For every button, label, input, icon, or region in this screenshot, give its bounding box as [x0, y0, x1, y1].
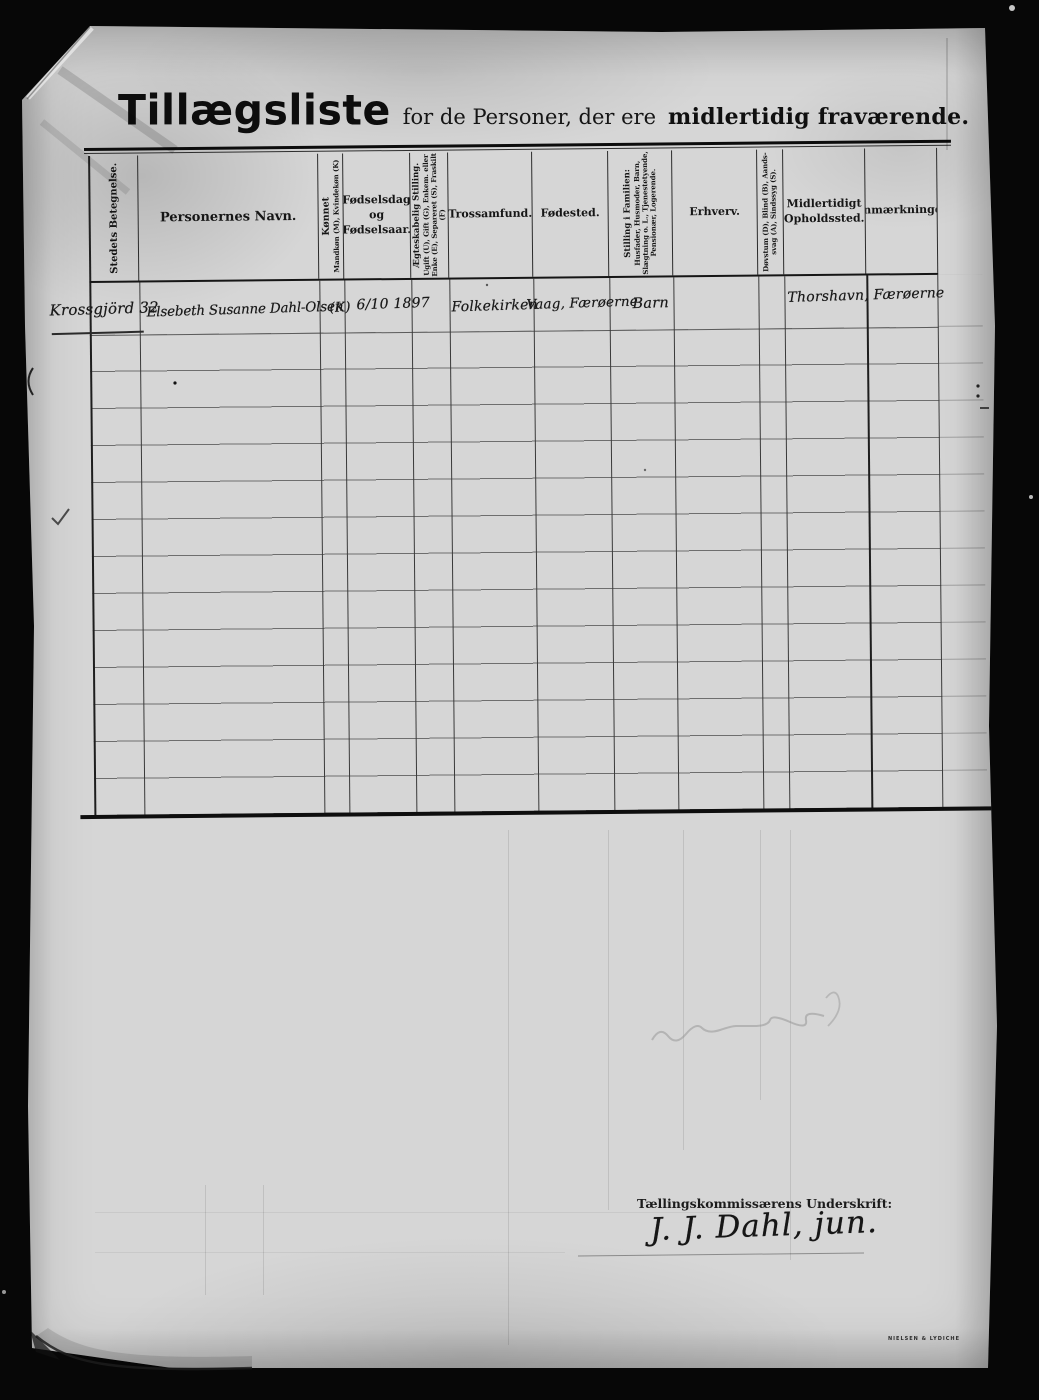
title-subtitle-bold: midlertidig fraværende.	[668, 104, 969, 130]
table-body	[89, 275, 943, 816]
row-line-spill	[938, 274, 987, 807]
header-cell-name: Personernes Navn.	[138, 154, 319, 281]
header-cell-family-position: Stilling i Familien:Husfader, Husmoder, …	[608, 150, 673, 276]
cell-family-position-value: Barn	[632, 295, 669, 312]
title-main: Tillægsliste	[118, 86, 391, 135]
page-title: Tillægsliste for de Personer, der ere mi…	[118, 86, 969, 134]
scan-speck	[2, 1290, 6, 1294]
cell-place-value: Krossgjörd 32	[49, 298, 159, 319]
header-cell-remarks: Anmærkninger	[865, 148, 938, 274]
bleedthrough-line	[508, 830, 509, 1345]
scan-speck	[1009, 5, 1015, 11]
header-cell-sex: KønnetMandkøn (M), Kvindekøn (K)	[318, 154, 344, 279]
empty-rows	[90, 327, 944, 816]
header-cell-birthplace: Fødested.	[532, 151, 609, 277]
header-cell-occupation: Erhverv.	[672, 150, 758, 276]
cell-religion-value: Folkekirken	[451, 297, 538, 316]
header-cell-marital: Ægteskabelig Stilling.Ugift (U), Gift (G…	[410, 153, 449, 278]
header-cell-place: Stedets Betegnelse.	[88, 156, 139, 281]
bleedthrough-line	[263, 1185, 264, 1295]
table-header-row: Stedets Betegnelse. Personernes Navn. Kø…	[88, 148, 938, 283]
cell-sex-value: (K)	[329, 299, 351, 316]
cell-birthdate-value: 6/10 1897	[356, 295, 430, 313]
printer-mark: NIELSEN & LYDICHE	[888, 1336, 960, 1342]
header-cell-religion: Trossamfund.	[448, 152, 533, 278]
bleedthrough-line	[683, 830, 684, 1150]
scanned-census-page: Tillægsliste for de Personer, der ere mi…	[0, 0, 1039, 1400]
census-table: Stedets Betegnelse. Personernes Navn. Kø…	[88, 140, 943, 816]
header-cell-birthdate: Fødselsdag og Fødselsaar.	[343, 153, 411, 279]
bleedthrough-line	[205, 1185, 206, 1295]
scan-speck	[1029, 495, 1033, 499]
bleedthrough-line	[95, 1252, 565, 1253]
cell-birthplace-value: Vaag, Færøerne	[526, 294, 638, 313]
bleedthrough-line	[608, 830, 609, 1210]
bleedthrough-line	[95, 1212, 735, 1213]
header-cell-disabilities: Døvstum (D), Blind (B), Aands-svag (A), …	[757, 149, 784, 274]
bleedthrough-line	[760, 830, 761, 1100]
title-subtitle: for de Personer, der ere	[403, 105, 656, 129]
header-cell-residence: Midlertidigt Opholdssted.	[783, 149, 866, 275]
